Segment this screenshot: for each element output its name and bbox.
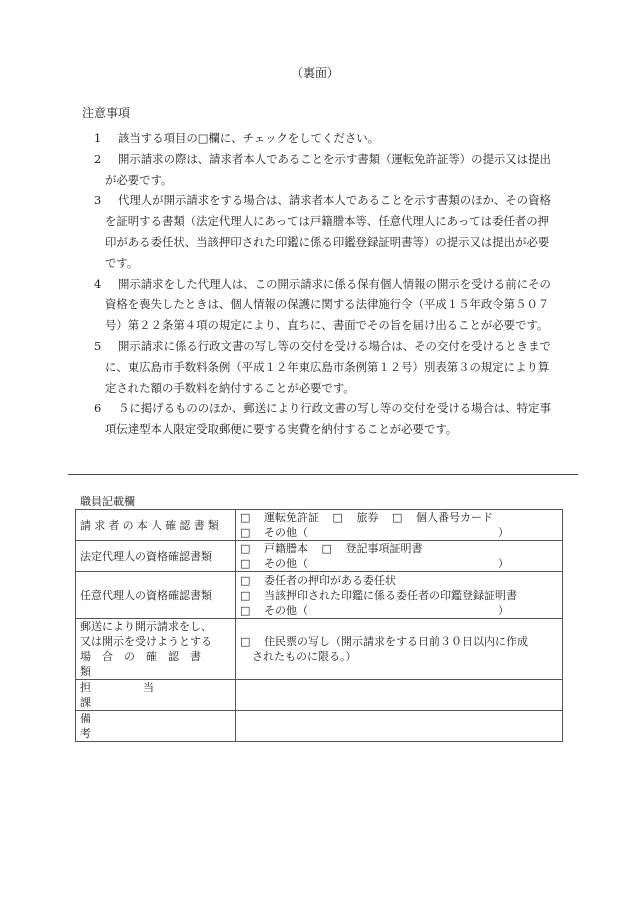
label-line: 郵送により開示請求をし、 [80, 619, 231, 634]
row-label: 法定代理人の資格確認書類 [76, 541, 236, 572]
option-label: 登記事項証明書 [346, 542, 423, 555]
note-line: を証明する書類（法定代理人にあっては戸籍謄本等、任意代理人にあっては委任者の押 [94, 211, 582, 232]
option-label: 戸籍謄本 [264, 542, 308, 555]
staff-section-title: 職員記載欄 [80, 493, 135, 509]
note-line: 項伝達型本人限定受取郵便に要する実費を納付することが必要です。 [94, 419, 582, 440]
options-line: □委任者の押印がある委任状 [240, 573, 558, 588]
checkbox-other[interactable]: □ [240, 525, 254, 540]
row-options: □住民票の写し（開示請求をする日前３０日以内に作成 されたものに限る。） [236, 619, 563, 680]
checkbox-my-number-card[interactable]: □ [392, 510, 406, 525]
note-number: 3 [94, 190, 118, 211]
note-number: 6 [94, 398, 118, 419]
option-label: 当該押印された印鑑に係る委任者の印鑑登録証明書 [264, 589, 517, 602]
note-item: 1該当する項目の□欄に、チェックをしてください。 [82, 128, 582, 149]
table-row: 備考 [76, 711, 563, 742]
checkbox-power-of-attorney[interactable]: □ [240, 573, 254, 588]
option-label: 住民票の写し（開示請求をする日前３０日以内に作成 [264, 635, 528, 648]
note-text: 開示請求の際は、請求者本人であることを示す書類（運転免許証等）の提示又は提出 [118, 152, 551, 166]
label-line: 場合の確認書類 [80, 649, 231, 679]
note-line: 6５に掲げるもののほか、郵送により行政文書の写し等の交付を受ける場合は、特定事 [94, 398, 582, 419]
table-row: 郵送により開示請求をし、 又は開示を受けようとする 場合の確認書類 □住民票の写… [76, 619, 563, 680]
staff-table: 請求者の本人確認書類 □運転免許証 □旅券 □個人番号カード □その他（） 法定… [75, 509, 563, 742]
note-text: 該当する項目の□欄に、チェックをしてください。 [118, 131, 379, 145]
option-label: その他（ [264, 526, 308, 539]
note-number: 4 [94, 274, 118, 295]
row-label: 担当課 [76, 680, 236, 711]
options-line: □その他（） [240, 556, 558, 571]
department-field[interactable] [236, 680, 563, 711]
checkbox-drivers-license[interactable]: □ [240, 510, 254, 525]
note-item: 2開示請求の際は、請求者本人であることを示す書類（運転免許証等）の提示又は提出 … [82, 149, 582, 191]
options-line: □住民票の写し（開示請求をする日前３０日以内に作成 [240, 634, 558, 649]
checkbox-resident-record[interactable]: □ [240, 634, 254, 649]
note-item: 4開示請求をした代理人は、この開示請求に係る保有個人情報の開示を受ける前にその … [82, 274, 582, 336]
paren-close: ） [498, 557, 509, 570]
paren-close: ） [498, 526, 509, 539]
checkbox-other[interactable]: □ [240, 556, 254, 571]
checkbox-other[interactable]: □ [240, 603, 254, 618]
row-label: 郵送により開示請求をし、 又は開示を受けようとする 場合の確認書類 [76, 619, 236, 680]
row-label: 任意代理人の資格確認書類 [76, 572, 236, 619]
note-number: 5 [94, 336, 118, 357]
note-line: 5開示請求に係る行政文書の写し等の交付を受ける場合は、その交付を受けるときまで [94, 336, 582, 357]
row-label: 備考 [76, 711, 236, 742]
note-line: 1該当する項目の□欄に、チェックをしてください。 [94, 128, 582, 149]
options-line: □戸籍謄本 □登記事項証明書 [240, 541, 558, 556]
note-text: 開示請求をした代理人は、この開示請求に係る保有個人情報の開示を受ける前にその [118, 277, 551, 291]
row-options: □委任者の押印がある委任状 □当該押印された印鑑に係る委任者の印鑑登録証明書 □… [236, 572, 563, 619]
options-line: □その他（） [240, 603, 558, 618]
table-row: 法定代理人の資格確認書類 □戸籍謄本 □登記事項証明書 □その他（） [76, 541, 563, 572]
note-line: 定された額の手数料を納付することが必要です。 [94, 378, 582, 399]
note-line: 印がある委任状、当該押印された印鑑に係る印鑑登録証明書等）の提示又は提出が必要 [94, 232, 582, 253]
note-text: ５に掲げるもののほか、郵送により行政文書の写し等の交付を受ける場合は、特定事 [118, 401, 551, 415]
note-line: 号）第２２条第４項の規定により、直ちに、書面でその旨を届け出ることが必要です。 [94, 315, 582, 336]
note-line: です。 [94, 253, 582, 274]
table-row: 担当課 [76, 680, 563, 711]
checkbox-registry-certificate[interactable]: □ [322, 541, 336, 556]
page-side-label: （裏面） [0, 64, 630, 81]
note-number: 2 [94, 149, 118, 170]
note-item: 5開示請求に係る行政文書の写し等の交付を受ける場合は、その交付を受けるときまで … [82, 336, 582, 398]
options-line: □当該押印された印鑑に係る委任者の印鑑登録証明書 [240, 588, 558, 603]
note-line: 資格を喪失したときは、個人情報の保護に関する法律施行令（平成１５年政令第５０７ [94, 294, 582, 315]
option-label: 委任者の押印がある委任状 [264, 574, 396, 587]
note-line: が必要です。 [94, 170, 582, 191]
row-options: □戸籍謄本 □登記事項証明書 □その他（） [236, 541, 563, 572]
table-row: 請求者の本人確認書類 □運転免許証 □旅券 □個人番号カード □その他（） [76, 510, 563, 541]
options-line: されたものに限る。） [240, 649, 558, 664]
remarks-field[interactable] [236, 711, 563, 742]
note-line: 2開示請求の際は、請求者本人であることを示す書類（運転免許証等）の提示又は提出 [94, 149, 582, 170]
option-label: 運転免許証 [264, 511, 319, 524]
note-line: 3代理人が開示請求をする場合は、請求者本人であることを示す書類のほか、その資格 [94, 190, 582, 211]
label-line: 又は開示を受けようとする [80, 634, 231, 649]
option-label: その他（ [264, 604, 308, 617]
section-divider [68, 474, 578, 475]
note-item: 3代理人が開示請求をする場合は、請求者本人であることを示す書類のほか、その資格 … [82, 190, 582, 273]
note-text: 代理人が開示請求をする場合は、請求者本人であることを示す書類のほか、その資格 [118, 193, 551, 207]
note-line: に、東広島市手数料条例（平成１２年東広島市条例第１２号）別表第３の規定により算 [94, 357, 582, 378]
checkbox-passport[interactable]: □ [333, 510, 347, 525]
note-line: 4開示請求をした代理人は、この開示請求に係る保有個人情報の開示を受ける前にその [94, 274, 582, 295]
paren-close: ） [498, 604, 509, 617]
row-label: 請求者の本人確認書類 [76, 510, 236, 541]
note-number: 1 [94, 128, 118, 149]
options-line: □運転免許証 □旅券 □個人番号カード [240, 510, 558, 525]
notes-title: 注意事項 [82, 104, 130, 121]
options-line: □その他（） [240, 525, 558, 540]
checkbox-seal-certificate[interactable]: □ [240, 588, 254, 603]
option-label: その他（ [264, 557, 308, 570]
option-label: 旅券 [357, 511, 379, 524]
table-row: 任意代理人の資格確認書類 □委任者の押印がある委任状 □当該押印された印鑑に係る… [76, 572, 563, 619]
checkbox-family-register[interactable]: □ [240, 541, 254, 556]
notes-list: 1該当する項目の□欄に、チェックをしてください。 2開示請求の際は、請求者本人で… [82, 128, 582, 440]
option-label: 個人番号カード [416, 511, 493, 524]
note-item: 6５に掲げるもののほか、郵送により行政文書の写し等の交付を受ける場合は、特定事 … [82, 398, 582, 440]
row-options: □運転免許証 □旅券 □個人番号カード □その他（） [236, 510, 563, 541]
note-text: 開示請求に係る行政文書の写し等の交付を受ける場合は、その交付を受けるときまで [118, 339, 551, 353]
